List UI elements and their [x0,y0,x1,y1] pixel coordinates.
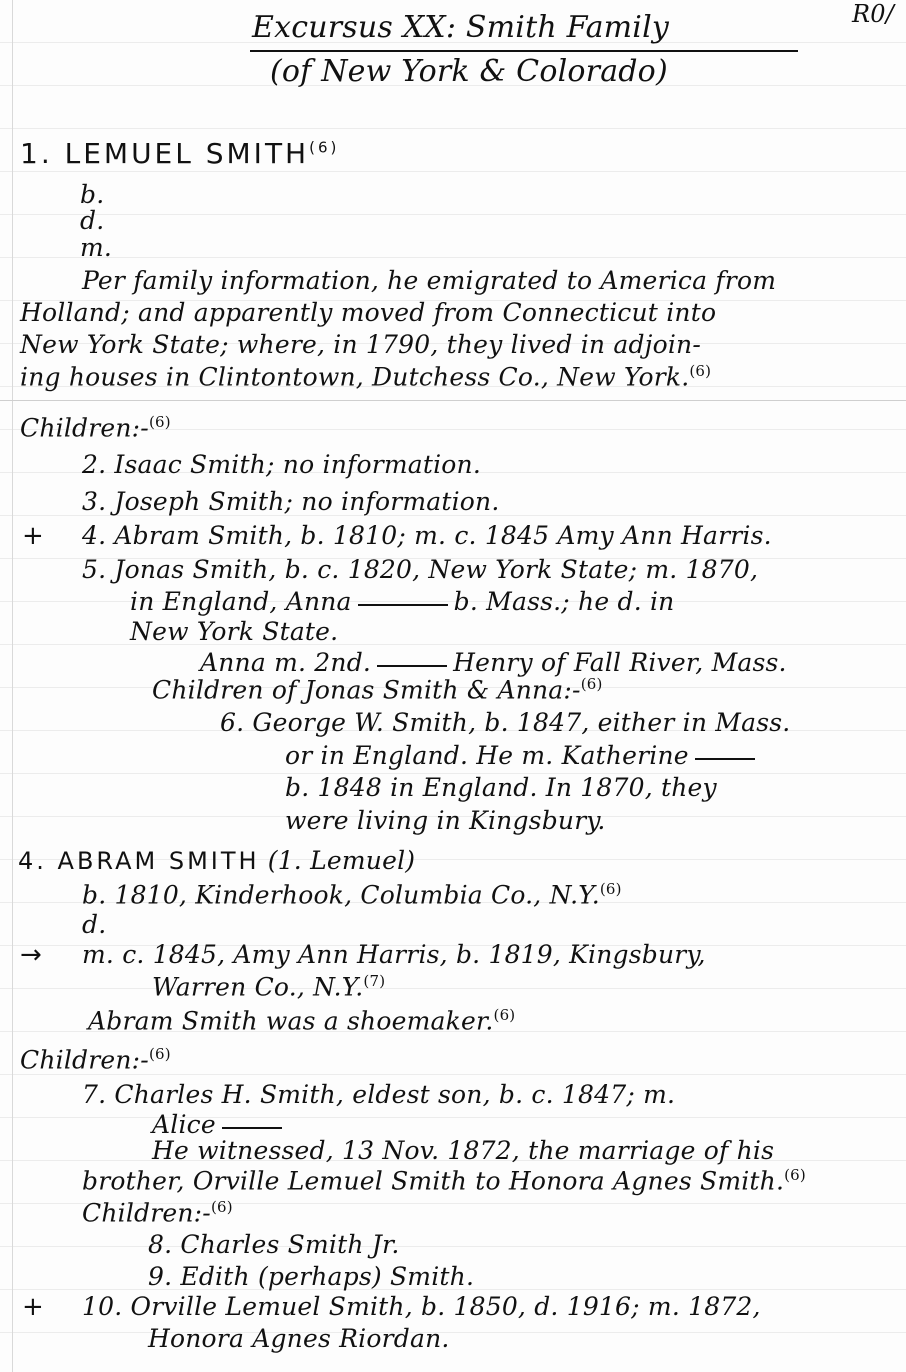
lemuel-name: 1. LEMUEL SMITH [20,137,309,170]
children-label: Children:-(6) [20,413,171,442]
lemuel-note-line: Holland; and apparently moved from Conne… [20,298,716,327]
citation: (6) [689,362,711,380]
jonas-line: New York State. [130,617,338,646]
lemuel-note-line: Per family information, he emigrated to … [82,266,776,295]
citation: (6) [149,413,171,431]
citation: (6) [581,675,603,693]
charles-line: He witnessed, 13 Nov. 1872, the marriage… [152,1136,774,1165]
abram-note: Abram Smith was a shoemaker.(6) [88,1006,515,1035]
citation: (6) [149,1045,171,1063]
charles-line: Alice [152,1110,288,1139]
lemuel-died: d. [80,206,104,235]
plus-marker-icon: + [22,1292,44,1322]
lemuel-married: m. [80,233,112,262]
lemuel-heading: 1. LEMUEL SMITH(6) [20,137,339,170]
abram-born: b. 1810, Kinderhook, Columbia Co., N.Y.(… [82,880,622,909]
lemuel-born: b. [80,180,104,209]
margin-line [12,0,13,1372]
grandchild-entry: 9. Edith (perhaps) Smith. [148,1262,474,1291]
citation: (6) [309,139,339,157]
orville-line: 10. Orville Lemuel Smith, b. 1850, d. 19… [82,1292,761,1321]
abram-married: Warren Co., N.Y.(7) [152,972,385,1001]
handwritten-page: Excursus XX: Smith Family (of New York &… [0,0,906,1372]
charles-line: brother, Orville Lemuel Smith to Honora … [82,1166,806,1195]
george-line: 6. George W. Smith, b. 1847, either in M… [220,708,790,737]
child-entry: 5. Jonas Smith, b. c. 1820, New York Sta… [82,555,758,584]
section-divider [0,400,906,401]
abram-heading: 4. ABRAM SMITH (1. Lemuel) [18,846,415,875]
plus-marker-icon: + [22,521,44,551]
citation: (6) [494,1006,516,1024]
george-line: b. 1848 in England. In 1870, they [285,773,717,802]
jonas-line: in England, Annab. Mass.; he d. in [130,587,674,616]
children-label: Children:-(6) [20,1045,171,1074]
child-entry: 3. Joseph Smith; no information. [82,487,500,516]
abram-married: m. c. 1845, Amy Ann Harris, b. 1819, Kin… [82,940,706,969]
charles-line: 7. Charles H. Smith, eldest son, b. c. 1… [82,1080,675,1109]
citation: (6) [784,1166,806,1184]
grandchild-entry: 8. Charles Smith Jr. [148,1230,400,1259]
title-underline [250,50,798,52]
citation: (7) [363,972,385,990]
blank-line [695,758,755,760]
george-line: were living in Kingsbury. [285,806,606,835]
citation: (6) [600,880,622,898]
blank-line [222,1127,282,1129]
abram-name: 4. ABRAM SMITH [18,847,260,875]
abram-parent: (1. Lemuel) [268,846,416,875]
corner-mark: R0/ [852,0,894,28]
grandchildren-label: Children:-(6) [82,1198,233,1227]
child-entry: 2. Isaac Smith; no information. [82,450,481,479]
page-title: Excursus XX: Smith Family [252,10,669,45]
arrow-marker-icon: → [20,940,42,970]
citation: (6) [211,1198,233,1216]
orville-line: Honora Agnes Riordan. [148,1324,450,1353]
blank-line [358,604,448,606]
blank-line [377,665,447,667]
abram-died: d. [82,910,106,939]
page-subtitle: (of New York & Colorado) [270,54,668,89]
jonas-line: Anna m. 2nd.Henry of Fall River, Mass. [200,648,787,677]
jonas-children-label: Children of Jonas Smith & Anna:-(6) [152,675,603,704]
lemuel-note-line: ing houses in Clintontown, Dutchess Co.,… [20,362,711,391]
george-line: or in England. He m. Katherine [285,741,761,770]
lemuel-note-line: New York State; where, in 1790, they liv… [20,330,701,359]
child-entry: 4. Abram Smith, b. 1810; m. c. 1845 Amy … [82,521,772,550]
